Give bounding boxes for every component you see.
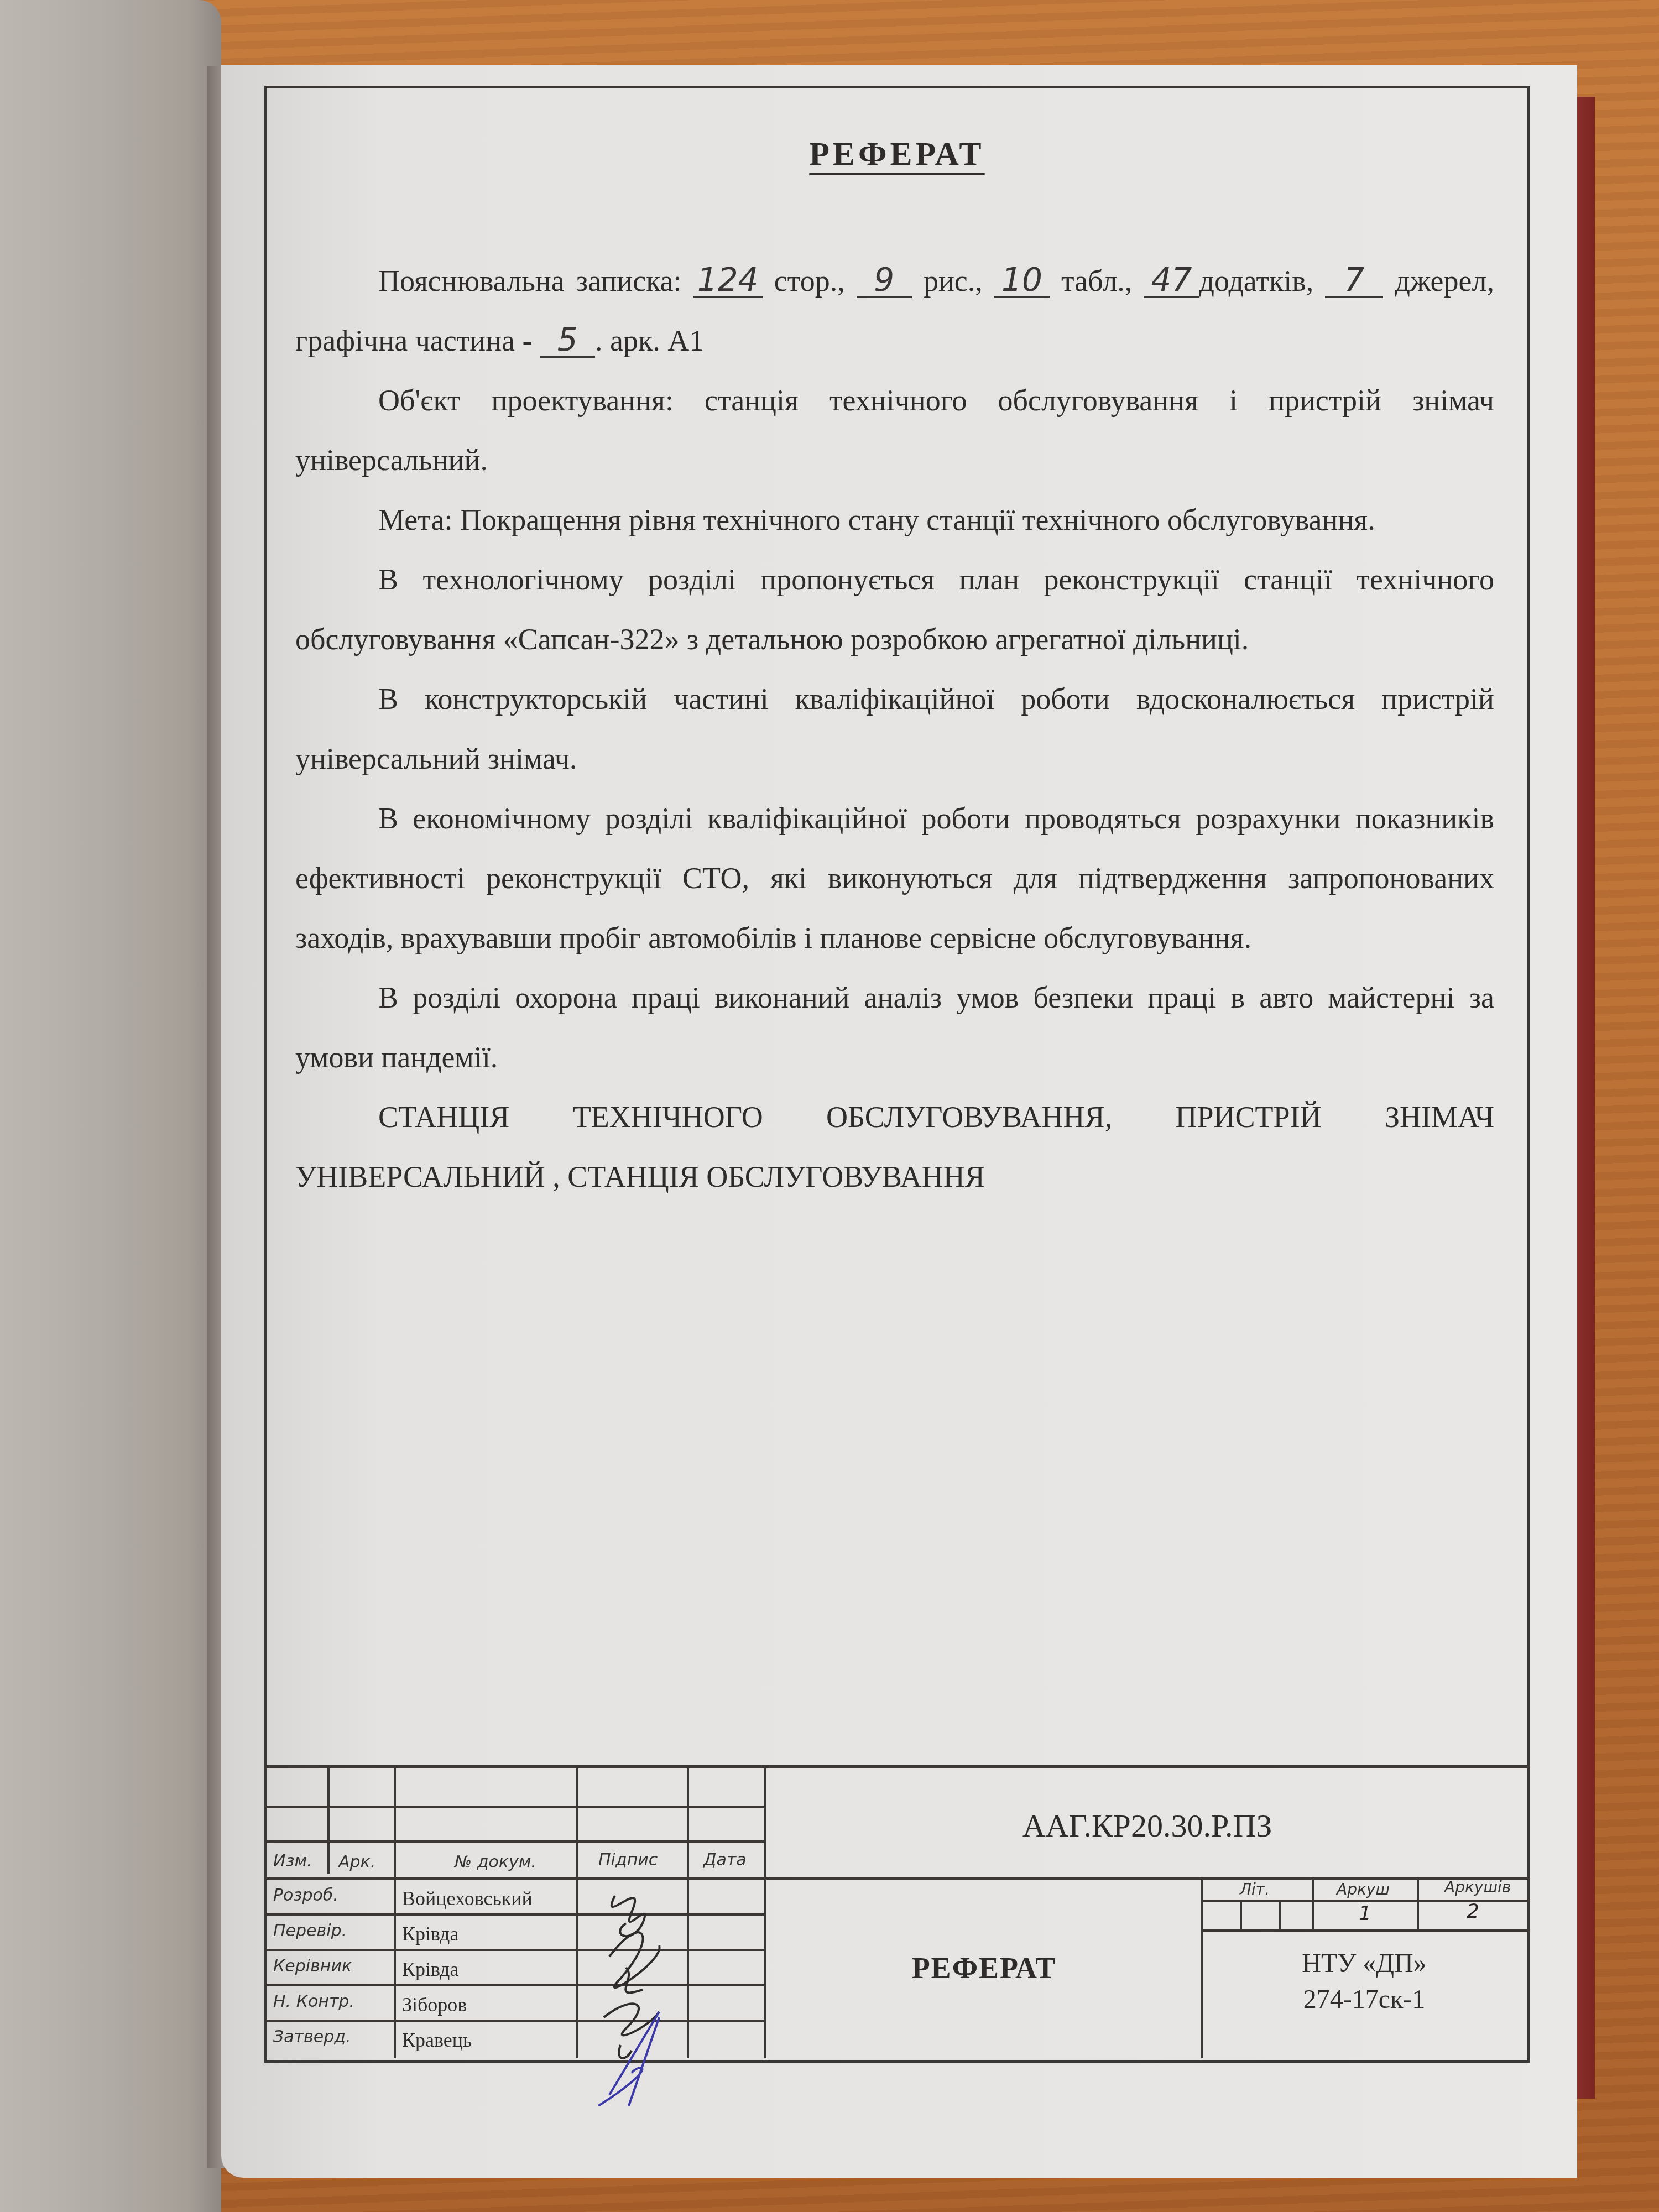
sheets-count: 5 [540, 323, 595, 358]
divider [1279, 1900, 1281, 1929]
drawing-frame: РЕФЕРАТ Пояснювальна записка: 124 стор.,… [264, 86, 1530, 2063]
divider [1201, 1929, 1527, 1932]
header-ark: Арк. [338, 1853, 375, 1872]
page-title: РЕФЕРАТ [267, 135, 1527, 173]
document-designation: ААГ.КР20.30.Р.ПЗ [767, 1807, 1527, 1844]
divider [1312, 1877, 1314, 1929]
divider [1417, 1877, 1419, 1929]
sheets-total-label: Аркушів [1444, 1878, 1511, 1896]
role-checker: Перевір. [273, 1921, 347, 1940]
group-code: 274-17ск-1 [1201, 1984, 1527, 2015]
divider [267, 1806, 764, 1808]
divider [267, 1840, 764, 1843]
paragraph-design: В конструкторській частині кваліфікаційн… [295, 669, 1494, 789]
name-developer: Войцеховський [402, 1887, 533, 1910]
appendices-count: 47 [1144, 263, 1199, 298]
sheets-total: 2 [1467, 1900, 1479, 1923]
summary-paragraph: Пояснювальна записка: 124 стор., 9 рис.,… [295, 251, 1494, 371]
sheet-title: РЕФЕРАТ [767, 1951, 1201, 1985]
sheet-number: 1 [1359, 1902, 1371, 1925]
paragraph-object: Об'єкт проектування: станція технічного … [295, 371, 1494, 490]
pages-count: 124 [693, 263, 763, 298]
name-checker: Крівда [402, 1922, 458, 1945]
divider [764, 1768, 766, 2058]
figures-label: рис., [924, 264, 983, 298]
signatures-icon [576, 1863, 720, 2106]
left-page [0, 0, 221, 2212]
sheets-label: . арк. А1 [595, 324, 704, 357]
appendices-label: додатків, [1199, 264, 1313, 298]
abstract-body: Пояснювальна записка: 124 стор., 9 рис.,… [295, 251, 1494, 1207]
figures-count: 9 [857, 263, 912, 298]
paragraph-technology: В технологічному розділі пропонується пл… [295, 550, 1494, 669]
paragraph-safety: В розділі охорона праці виконаний аналіз… [295, 968, 1494, 1087]
tables-label: табл., [1061, 264, 1132, 298]
divider [327, 1768, 330, 1874]
role-developer: Розроб. [273, 1886, 338, 1905]
sources-count: 7 [1325, 263, 1383, 298]
lit-label: Літ. [1240, 1880, 1270, 1898]
summary-prefix: Пояснювальна записка: [378, 264, 682, 298]
pages-label: стор., [774, 264, 845, 298]
role-supervisor: Керівник [273, 1957, 352, 1976]
book-cover-edge [1577, 97, 1595, 2099]
name-supervisor: Крівда [402, 1958, 458, 1981]
divider [1240, 1900, 1242, 1929]
paragraph-goal: Мета: Покращення рівня технічного стану … [295, 490, 1494, 550]
organization-name: НТУ «ДП» [1201, 1948, 1527, 1979]
role-norm-control: Н. Контр. [273, 1992, 354, 2011]
header-doc-no: № докум. [455, 1853, 536, 1872]
title-block: Изм. Арк. № докум. Підпис Дата Розроб. В… [267, 1765, 1527, 2060]
name-norm-control: Зіборов [402, 1993, 467, 2016]
name-approver: Кравець [402, 2028, 472, 2052]
sheet-label: Аркуш [1337, 1880, 1390, 1898]
role-approver: Затверд. [273, 2027, 351, 2047]
header-izm: Изм. [273, 1851, 312, 1871]
keywords: СТАНЦІЯ ТЕХНІЧНОГО ОБСЛУГОВУВАННЯ, ПРИСТ… [295, 1087, 1494, 1207]
tables-count: 10 [994, 263, 1050, 298]
paragraph-economics: В економічному розділі кваліфікаційної р… [295, 789, 1494, 968]
divider [267, 1877, 1527, 1880]
